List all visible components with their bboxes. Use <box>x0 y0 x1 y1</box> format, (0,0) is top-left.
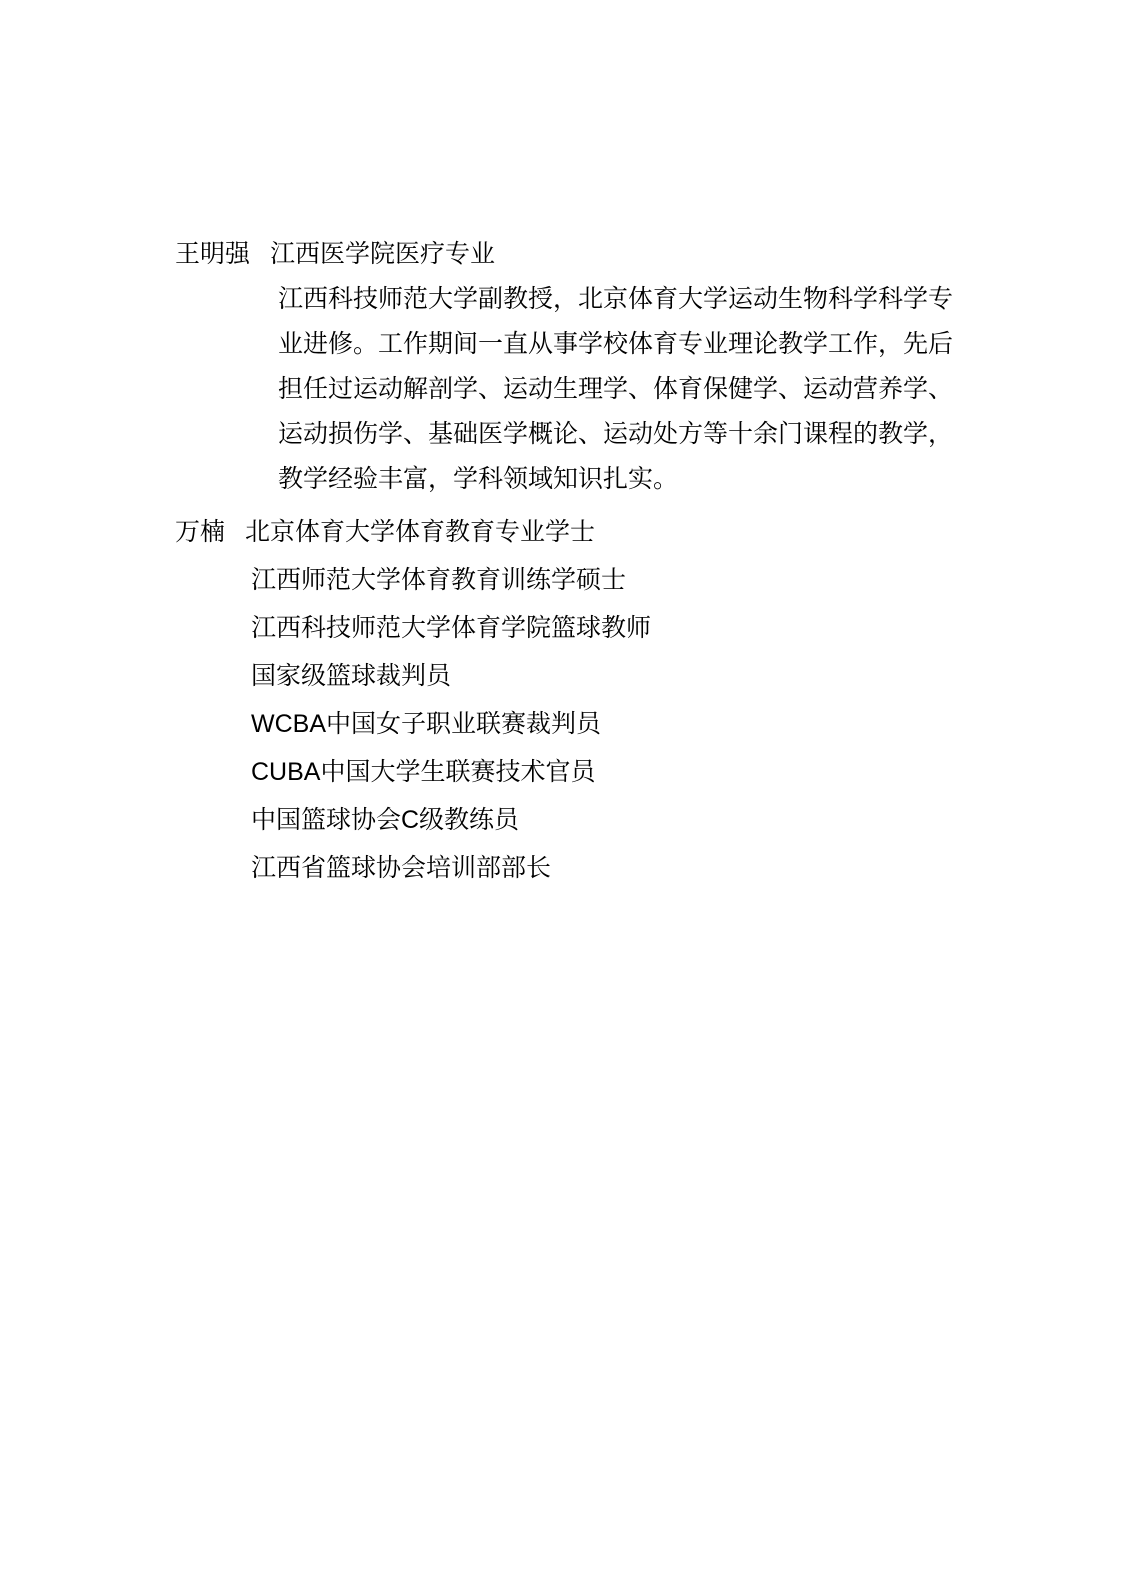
person-entry-wan-nan: 万楠 北京体育大学体育教育专业学士 江西师范大学体育教育训练学硕士 江西科技师范… <box>175 508 953 892</box>
bio-line: 运动损伤学、基础医学概论、运动处方等十余门课程的教学， <box>278 412 953 457</box>
person-bio: 江西科技师范大学副教授，北京体育大学运动生物科学科学专 业进修。工作期间一直从事… <box>278 277 953 502</box>
bio-line: 担任过运动解剖学、运动生理学、体育保健学、运动营养学、 <box>278 367 953 412</box>
credential-line: 中国篮球协会C级教练员 <box>251 796 953 844</box>
credential-line: 江西科技师范大学体育学院篮球教师 <box>251 604 953 652</box>
person-heading: 王明强 江西医学院医疗专业 <box>175 232 953 277</box>
person-entry-wang-mingqiang: 王明强 江西医学院医疗专业 江西科技师范大学副教授，北京体育大学运动生物科学科学… <box>175 232 953 502</box>
document-page: 王明强 江西医学院医疗专业 江西科技师范大学副教授，北京体育大学运动生物科学科学… <box>0 0 1139 1585</box>
person-heading: 万楠 北京体育大学体育教育专业学士 <box>175 508 953 556</box>
person-name: 王明强 <box>175 232 250 277</box>
document-content: 王明强 江西医学院医疗专业 江西科技师范大学副教授，北京体育大学运动生物科学科学… <box>175 232 953 892</box>
credential-line: 江西省篮球协会培训部部长 <box>251 844 953 892</box>
credential-line: 江西师范大学体育教育训练学硕士 <box>251 556 953 604</box>
credential-line: 国家级篮球裁判员 <box>251 652 953 700</box>
person-name: 万楠 <box>175 508 225 556</box>
credential-line: WCBA中国女子职业联赛裁判员 <box>251 700 953 748</box>
bio-line: 业进修。工作期间一直从事学校体育专业理论教学工作，先后 <box>278 322 953 367</box>
person-title: 北京体育大学体育教育专业学士 <box>245 508 595 556</box>
bio-line: 教学经验丰富，学科领域知识扎实。 <box>278 457 953 502</box>
credential-line: CUBA中国大学生联赛技术官员 <box>251 748 953 796</box>
bio-line: 江西科技师范大学副教授，北京体育大学运动生物科学科学专 <box>278 277 953 322</box>
person-credentials: 江西师范大学体育教育训练学硕士 江西科技师范大学体育学院篮球教师 国家级篮球裁判… <box>251 556 953 892</box>
person-title: 江西医学院医疗专业 <box>270 232 495 277</box>
